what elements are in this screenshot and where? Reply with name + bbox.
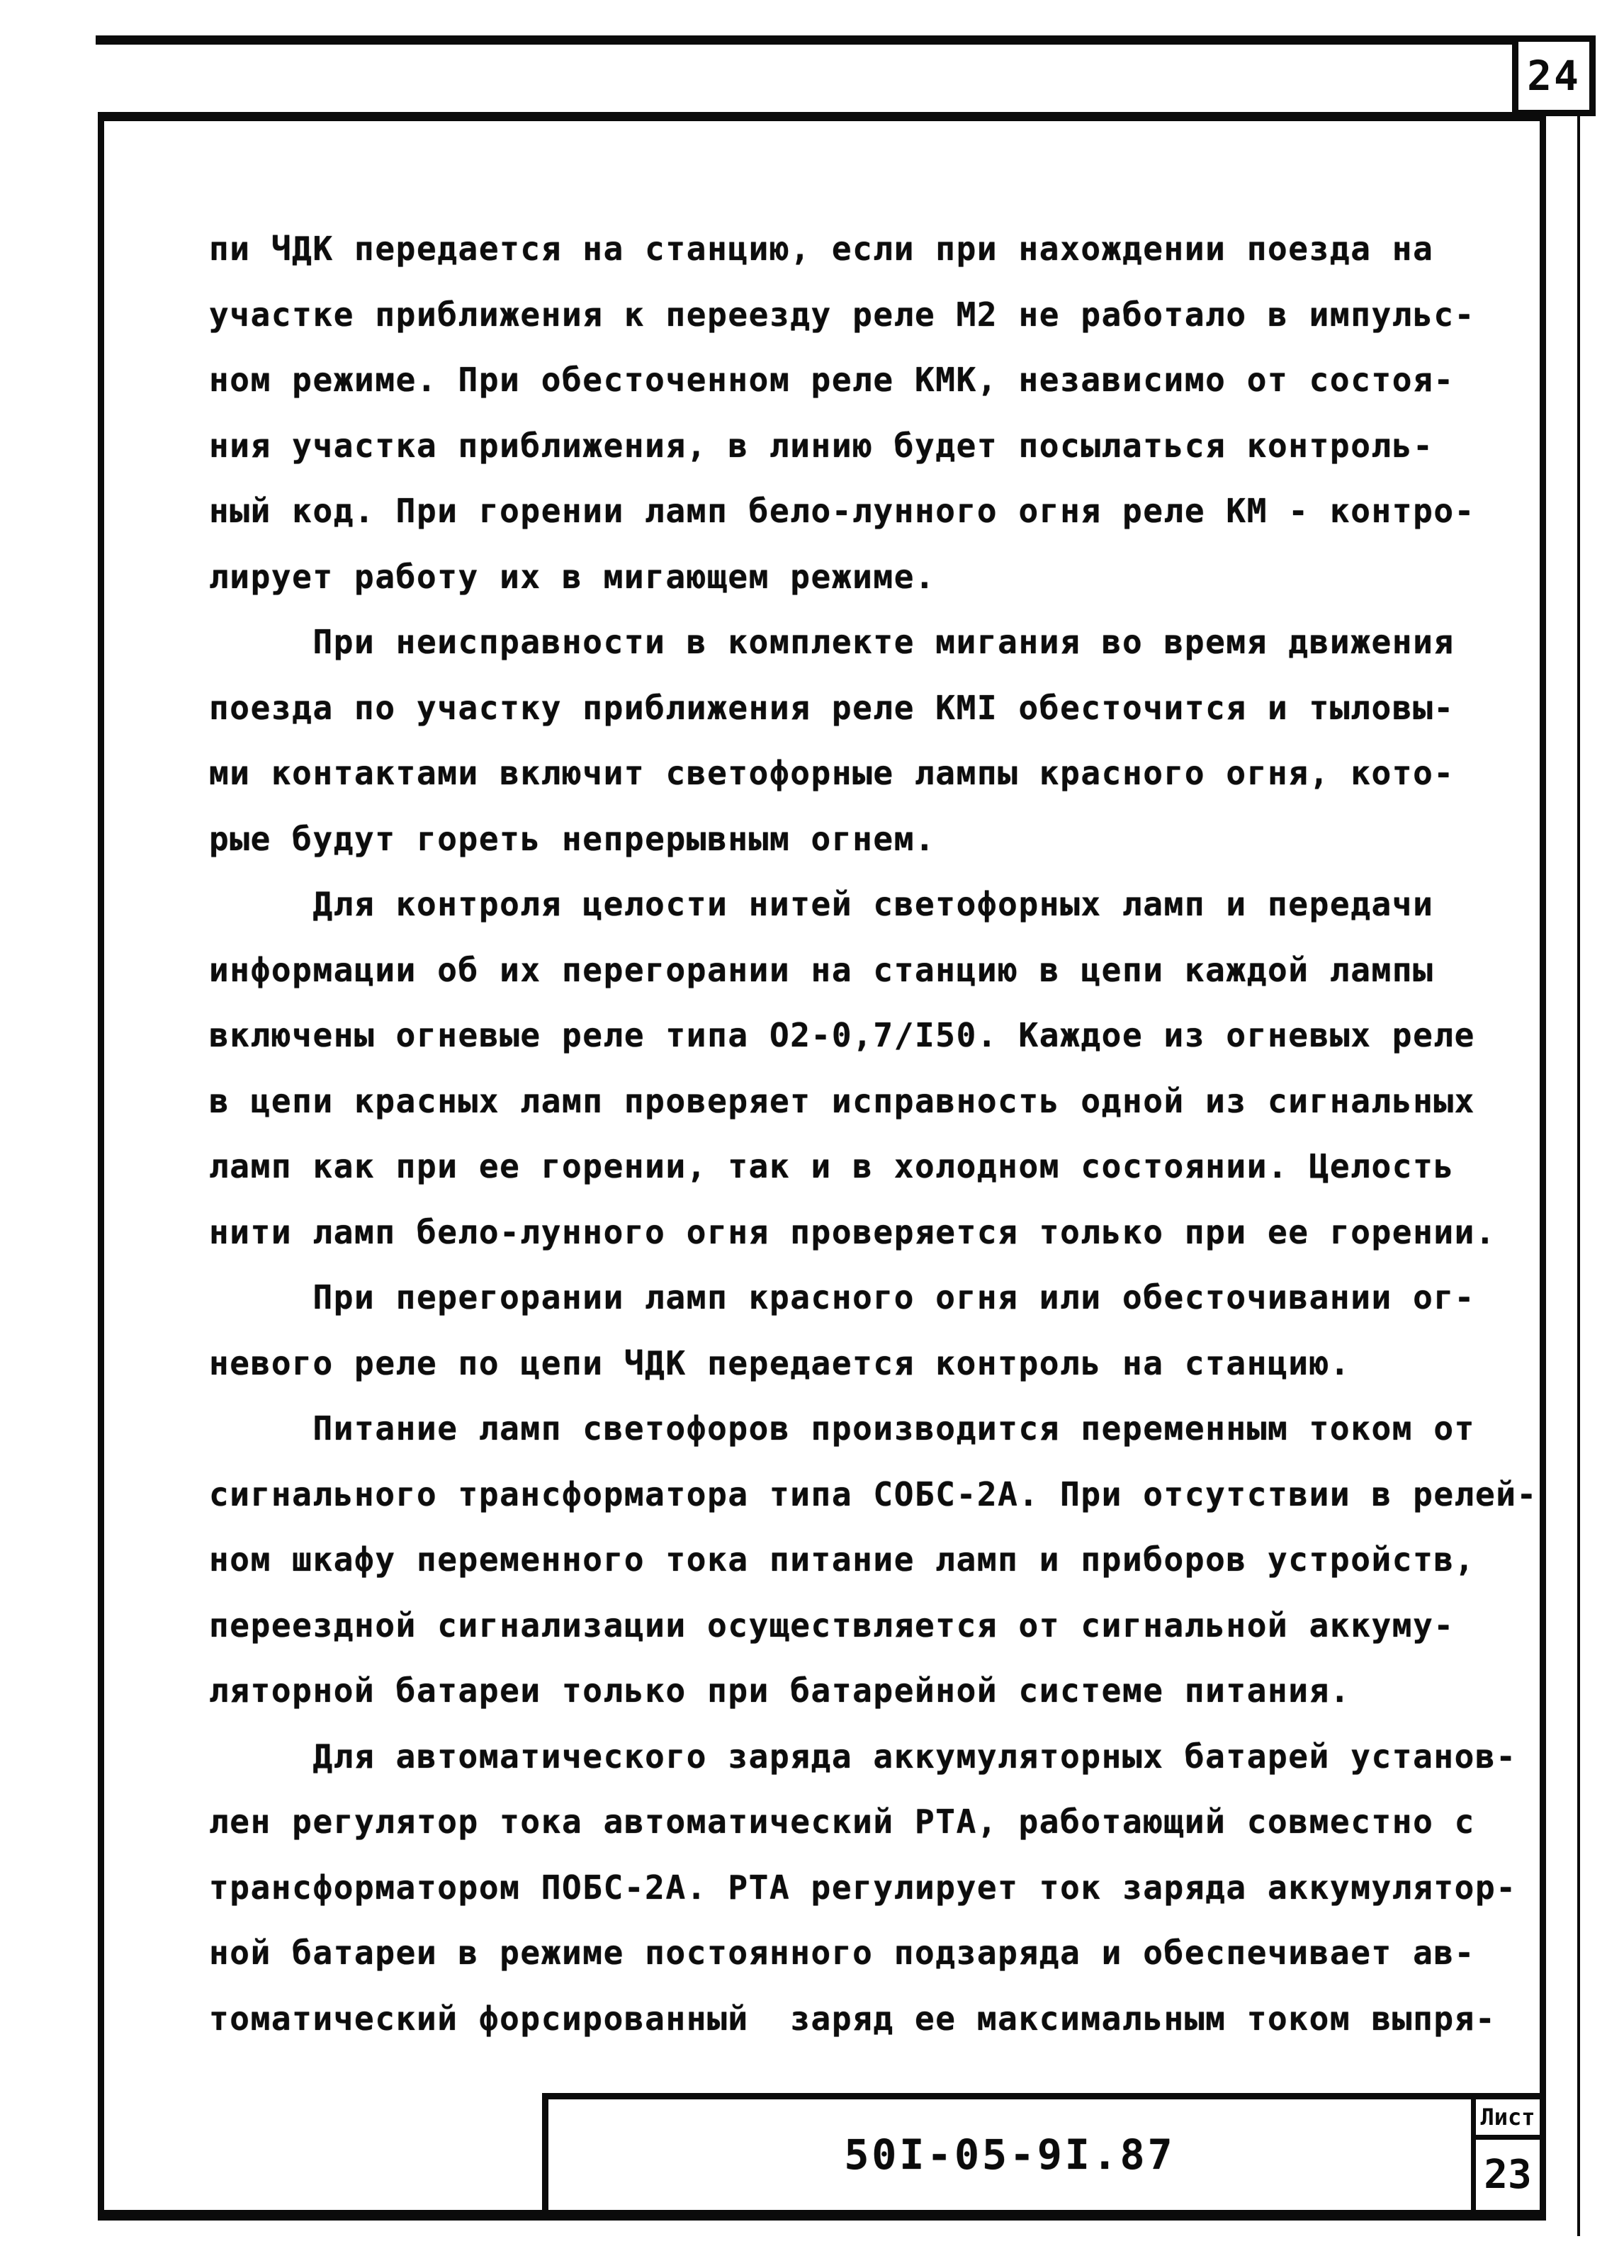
sheet-number: 23 — [1476, 2140, 1540, 2210]
text-line: лирует работу их в мигающем режиме. — [209, 544, 1555, 610]
text-line: в цепи красных ламп проверяет исправност… — [209, 1068, 1555, 1134]
sheet-column: Лист 23 — [1471, 2099, 1540, 2210]
text-line: ния участка приближения, в линию будет п… — [209, 413, 1555, 479]
body-text: пи ЧДК передается на станцию, если при н… — [209, 216, 1555, 2051]
text-line: ламп как при ее горении, так и в холодно… — [209, 1134, 1555, 1200]
text-line: Питание ламп светофоров производится пер… — [209, 1396, 1555, 1462]
text-line: ный код. При горении ламп бело-лунного о… — [209, 478, 1555, 544]
text-line: лен регулятор тока автоматический РТА, р… — [209, 1789, 1555, 1855]
text-line: ми контактами включит светофорные лампы … — [209, 740, 1555, 806]
text-line: переездной сигнализации осуществляется о… — [209, 1593, 1555, 1659]
text-line: Для контроля целости нитей светофорных л… — [209, 871, 1555, 937]
sheet-label: Лист — [1476, 2099, 1540, 2140]
text-line: включены огневые реле типа О2-0,7/I50. К… — [209, 1003, 1555, 1068]
text-line: Для автоматического заряда аккумуляторны… — [209, 1724, 1555, 1790]
text-line: сигнального трансформатора типа СОБС-2А.… — [209, 1462, 1555, 1528]
top-border-line — [96, 35, 1516, 45]
text-line: информации об их перегорании на станцию … — [209, 937, 1555, 1003]
text-line: ной батареи в режиме постоянного подзаря… — [209, 1920, 1555, 1986]
text-line: ном шкафу переменного тока питание ламп … — [209, 1527, 1555, 1593]
text-line: участке приближения к переезду реле М2 н… — [209, 282, 1555, 348]
text-line: ном режиме. При обесточенном реле КМК, н… — [209, 347, 1555, 413]
text-line: нити ламп бело-лунного огня проверяется … — [209, 1200, 1555, 1265]
text-line: томатический форсированный заряд ее макс… — [209, 1986, 1555, 2052]
text-line: При неисправности в комплекте мигания во… — [209, 609, 1555, 675]
text-line: поезда по участку приближения реле КМI о… — [209, 675, 1555, 741]
text-line: трансформатором ПОБС-2А. РТА регулирует … — [209, 1855, 1555, 1921]
text-line: ляторной батареи только при батарейной с… — [209, 1658, 1555, 1724]
page-number-box: 24 — [1512, 35, 1596, 116]
title-block: 50I-05-9I.87 Лист 23 — [542, 2093, 1546, 2221]
text-line: пи ЧДК передается на станцию, если при н… — [209, 216, 1555, 282]
document-number: 50I-05-9I.87 — [548, 2099, 1471, 2210]
text-line: невого реле по цепи ЧДК передается контр… — [209, 1331, 1555, 1397]
outer-right-border-line — [1577, 112, 1580, 2236]
text-line: рые будут гореть непрерывным огнем. — [209, 806, 1555, 872]
page-number: 24 — [1527, 52, 1581, 100]
text-line: При перегорании ламп красного огня или о… — [209, 1265, 1555, 1331]
